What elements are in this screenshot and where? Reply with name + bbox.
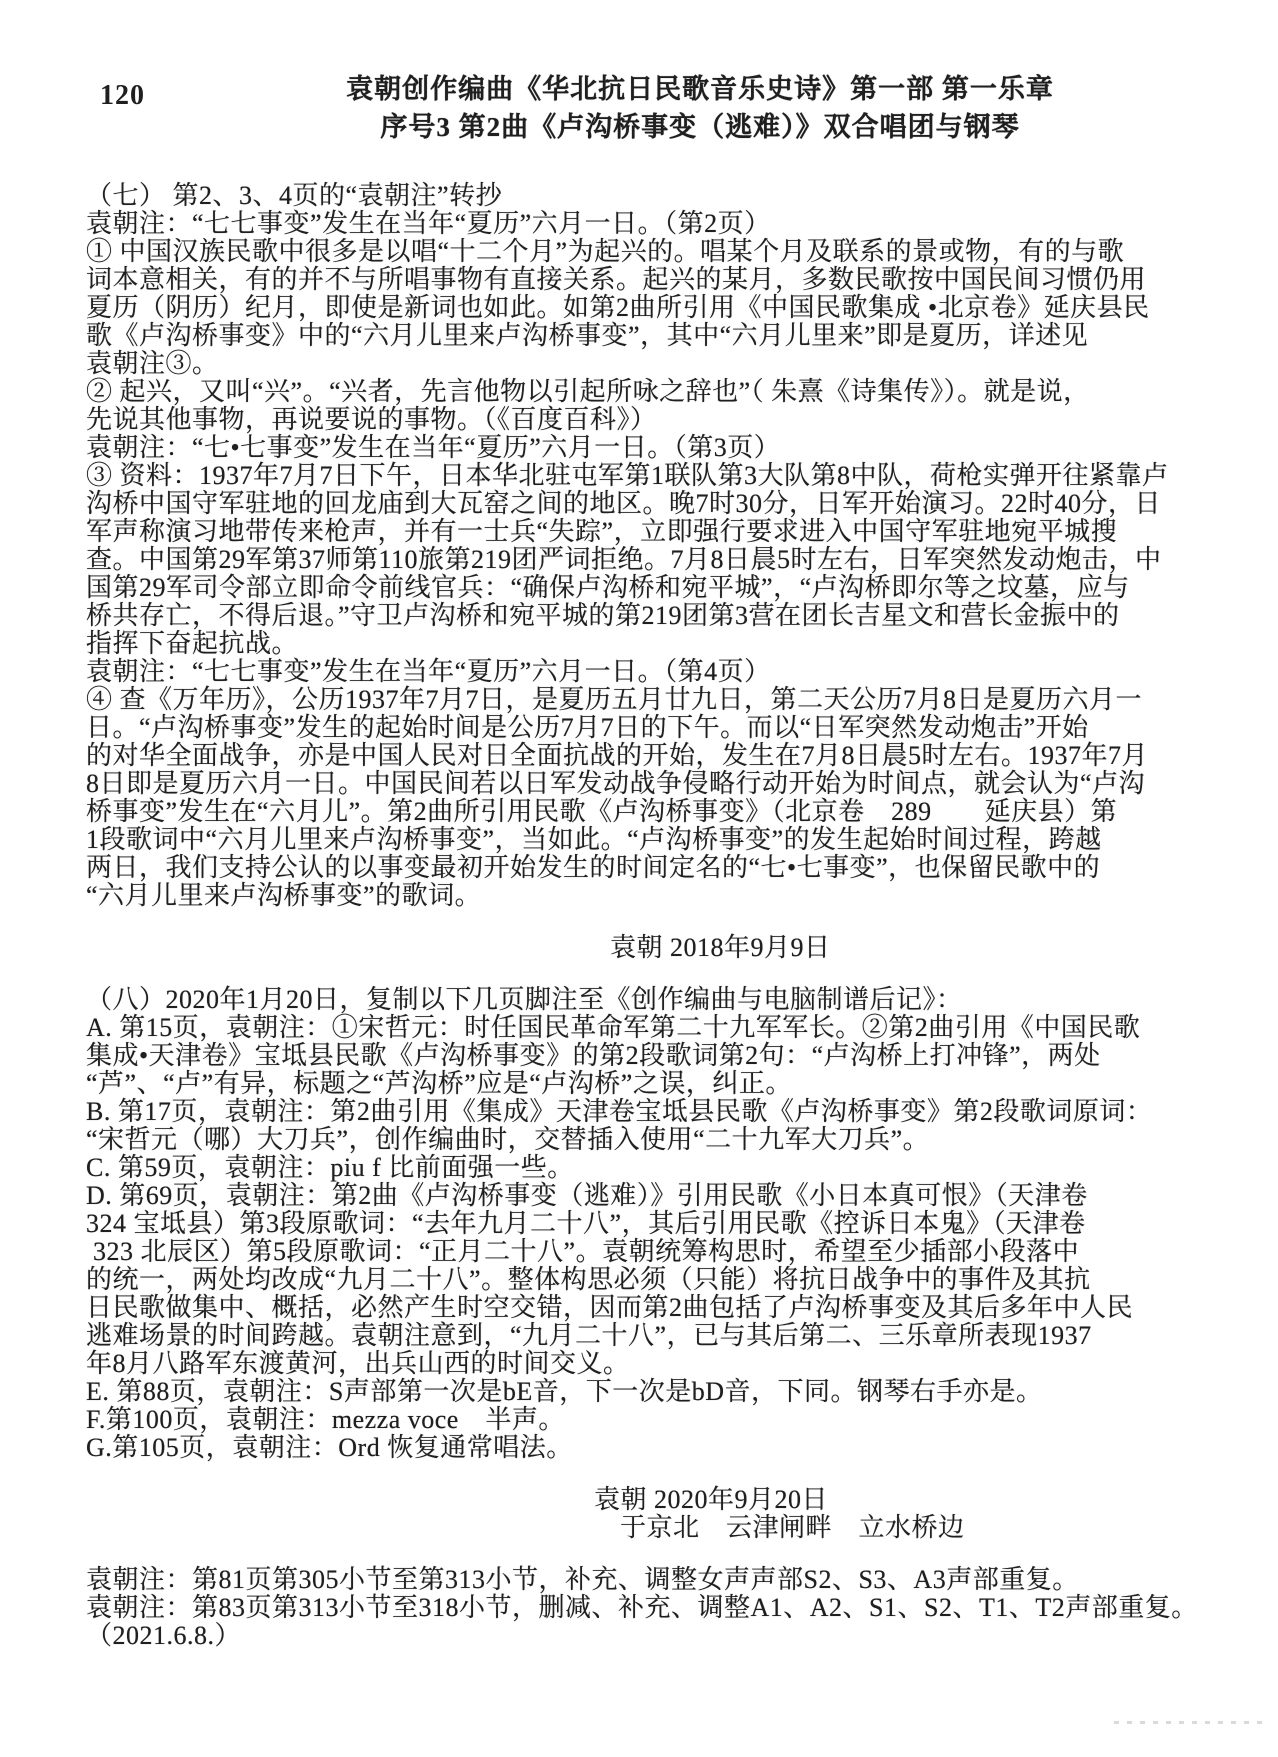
text-line: 袁朝注：“七•七事变”发生在当年“夏历”六月一日。（第3页） <box>86 434 1198 462</box>
text-line: C. 第59页，袁朝注：piu f 比前面强一些。 <box>86 1154 1198 1182</box>
text-line: 集成•天津卷》宝坻县民歌《卢沟桥事变》的第2段歌词第2句：“卢沟桥上打冲锋”，两… <box>86 1042 1198 1070</box>
text-line: 323 北辰区）第5段原歌词：“正月二十八”。袁朝统筹构思时，希望至少插部小段落… <box>86 1238 1198 1266</box>
text-line: 两日，我们支持公认的以事变最初开始发生的时间定名的“七•七事变”，也保留民歌中的 <box>86 854 1198 882</box>
text-line: “六月儿里来卢沟桥事变”的歌词。 <box>86 882 1198 910</box>
text-line: 的对华全面战争，亦是中国人民对日全面抗战的开始，发生在7月8日晨5时左右。193… <box>86 742 1198 770</box>
text-line: 袁朝注：第81页第305小节至第313小节，补充、调整女声声部S2、S3、A3声… <box>86 1566 1198 1594</box>
text-line: ④ 查《万年历》，公历1937年7月7日，是夏历五月廿九日，第二天公历7月8日是… <box>86 686 1198 714</box>
text-line: 于京北 云津闸畔 立水桥边 <box>86 1514 1198 1542</box>
text-line: 袁朝注：第83页第313小节至318小节，删减、补充、调整A1、A2、S1、S2… <box>86 1594 1198 1622</box>
text-line <box>86 962 1198 986</box>
text-line: 的统一，两处均改成“九月二十八”。整体构思必须（只能）将抗日战争中的事件及其抗 <box>86 1266 1198 1294</box>
text-line: 军声称演习地带传来枪声，并有一士兵“失踪”，立即强行要求进入中国守军驻地宛平城搜 <box>86 518 1198 546</box>
text-line: 指挥下奋起抗战。 <box>86 630 1198 658</box>
text-line: 歌《卢沟桥事变》中的“六月儿里来卢沟桥事变”，其中“六月儿里来”即是夏历，详述见 <box>86 322 1198 350</box>
text-line: 日。“卢沟桥事变”发生的起始时间是公历7月7日的下午。而以“日军突然发动炮击”开… <box>86 714 1198 742</box>
text-line: 袁朝注③。 <box>86 350 1198 378</box>
text-line: 袁朝 2018年9月9日 <box>86 934 1198 962</box>
text-line: D. 第69页，袁朝注：第2曲《卢沟桥事变（逃难）》引用民歌《小日本真可恨》（天… <box>86 1182 1198 1210</box>
faint-scan-watermark <box>1114 1721 1264 1724</box>
text-line <box>86 1462 1198 1486</box>
text-line: 年8月八路军东渡黄河，出兵山西的时间交义。 <box>86 1350 1198 1378</box>
document-body: （七） 第2、3、4页的“袁朝注”转抄 袁朝注：“七七事变”发生在当年“夏历”六… <box>86 182 1198 1650</box>
text-line: 324 宝坻县）第3段原歌词：“去年九月二十八”，其后引用民歌《控诉日本鬼》（天… <box>86 1210 1198 1238</box>
text-line: 日民歌做集中、概括，必然产生时空交错，因而第2曲包括了卢沟桥事变及其后多年中人民 <box>86 1294 1198 1322</box>
text-line: A. 第15页，袁朝注：①宋哲元：时任国民革命军第二十九军军长。②第2曲引用《中… <box>86 1014 1198 1042</box>
text-line: “宋哲元（哪）大刀兵”，创作编曲时，交替插入使用“二十九军大刀兵”。 <box>86 1126 1198 1154</box>
text-line: 逃难场景的时间跨越。袁朝注意到，“九月二十八”，已与其后第二、三乐章所表现193… <box>86 1322 1198 1350</box>
text-line: B. 第17页，袁朝注：第2曲引用《集成》天津卷宝坻县民歌《卢沟桥事变》第2段歌… <box>86 1098 1198 1126</box>
document-header: 袁朝创作编曲《华北抗日民歌音乐史诗》第一部 第一乐章 序号3 第2曲《卢沟桥事变… <box>120 70 1278 146</box>
text-line: “芦”、“卢”有异，标题之“芦沟桥”应是“卢沟桥”之误，纠正。 <box>86 1070 1198 1098</box>
text-line: （八）2020年1月20日，复制以下几页脚注至《创作编曲与电脑制谱后记》： <box>86 986 1198 1014</box>
text-line: 8日即是夏历六月一日。中国民间若以日军发动战争侵略行动开始为时间点，就会认为“卢… <box>86 770 1198 798</box>
text-line: ② 起兴，又叫“兴”。“兴者，先言他物以引起所咏之辞也”（ 朱熹《诗集传》）。就… <box>86 378 1198 406</box>
text-line: 1段歌词中“六月儿里来卢沟桥事变”，当如此。“卢沟桥事变”的发生起始时间过程，跨… <box>86 826 1198 854</box>
text-line: G.第105页，袁朝注：Ord 恢复通常唱法。 <box>86 1434 1198 1462</box>
text-line: 袁朝注：“七七事变”发生在当年“夏历”六月一日。（第2页） <box>86 210 1198 238</box>
text-line: 桥事变”发生在“六月儿”。第2曲所引用民歌《卢沟桥事变》（北京卷 289 延庆县… <box>86 798 1198 826</box>
document-page: 120 袁朝创作编曲《华北抗日民歌音乐史诗》第一部 第一乐章 序号3 第2曲《卢… <box>0 0 1278 1757</box>
text-line: （2021.6.8.） <box>86 1622 1198 1650</box>
text-line <box>86 1542 1198 1566</box>
text-line: 沟桥中国守军驻地的回龙庙到大瓦窑之间的地区。晚7时30分，日军开始演习。22时4… <box>86 490 1198 518</box>
header-title-line1: 袁朝创作编曲《华北抗日民歌音乐史诗》第一部 第一乐章 <box>120 70 1278 108</box>
text-line: 袁朝注：“七七事变”发生在当年“夏历”六月一日。（第4页） <box>86 658 1198 686</box>
text-line: 先说其他事物，再说要说的事物。（《百度百科》） <box>86 406 1198 434</box>
text-line: 袁朝 2020年9月20日 <box>86 1486 1198 1514</box>
text-line: 词本意相关，有的并不与所唱事物有直接关系。起兴的某月，多数民歌按中国民间习惯仍用 <box>86 266 1198 294</box>
text-line: 查。中国第29军第37师第110旅第219团严词拒绝。7月8日晨5时左右，日军突… <box>86 546 1198 574</box>
text-line: 桥共存亡，不得后退。”守卫卢沟桥和宛平城的第219团第3营在团长吉星文和营长金振… <box>86 602 1198 630</box>
text-line: E. 第88页，袁朝注：S声部第一次是bE音，下一次是bD音，下同。钢琴右手亦是… <box>86 1378 1198 1406</box>
header-title-line2: 序号3 第2曲《卢沟桥事变（逃难）》双合唱团与钢琴 <box>120 108 1278 146</box>
text-line: （七） 第2、3、4页的“袁朝注”转抄 <box>86 182 1198 210</box>
text-line: ① 中国汉族民歌中很多是以唱“十二个月”为起兴的。唱某个月及联系的景或物，有的与… <box>86 238 1198 266</box>
text-line <box>86 910 1198 934</box>
text-line: 国第29军司令部立即命令前线官兵：“确保卢沟桥和宛平城”，“卢沟桥即尔等之坟墓，… <box>86 574 1198 602</box>
text-line: ③ 资料：1937年7月7日下午，日本华北驻屯军第1联队第3大队第8中队，荷枪实… <box>86 462 1198 490</box>
text-line: 夏历（阴历）纪月，即使是新词也如此。如第2曲所引用《中国民歌集成 •北京卷》延庆… <box>86 294 1198 322</box>
text-line: F.第100页，袁朝注：mezza voce 半声。 <box>86 1406 1198 1434</box>
